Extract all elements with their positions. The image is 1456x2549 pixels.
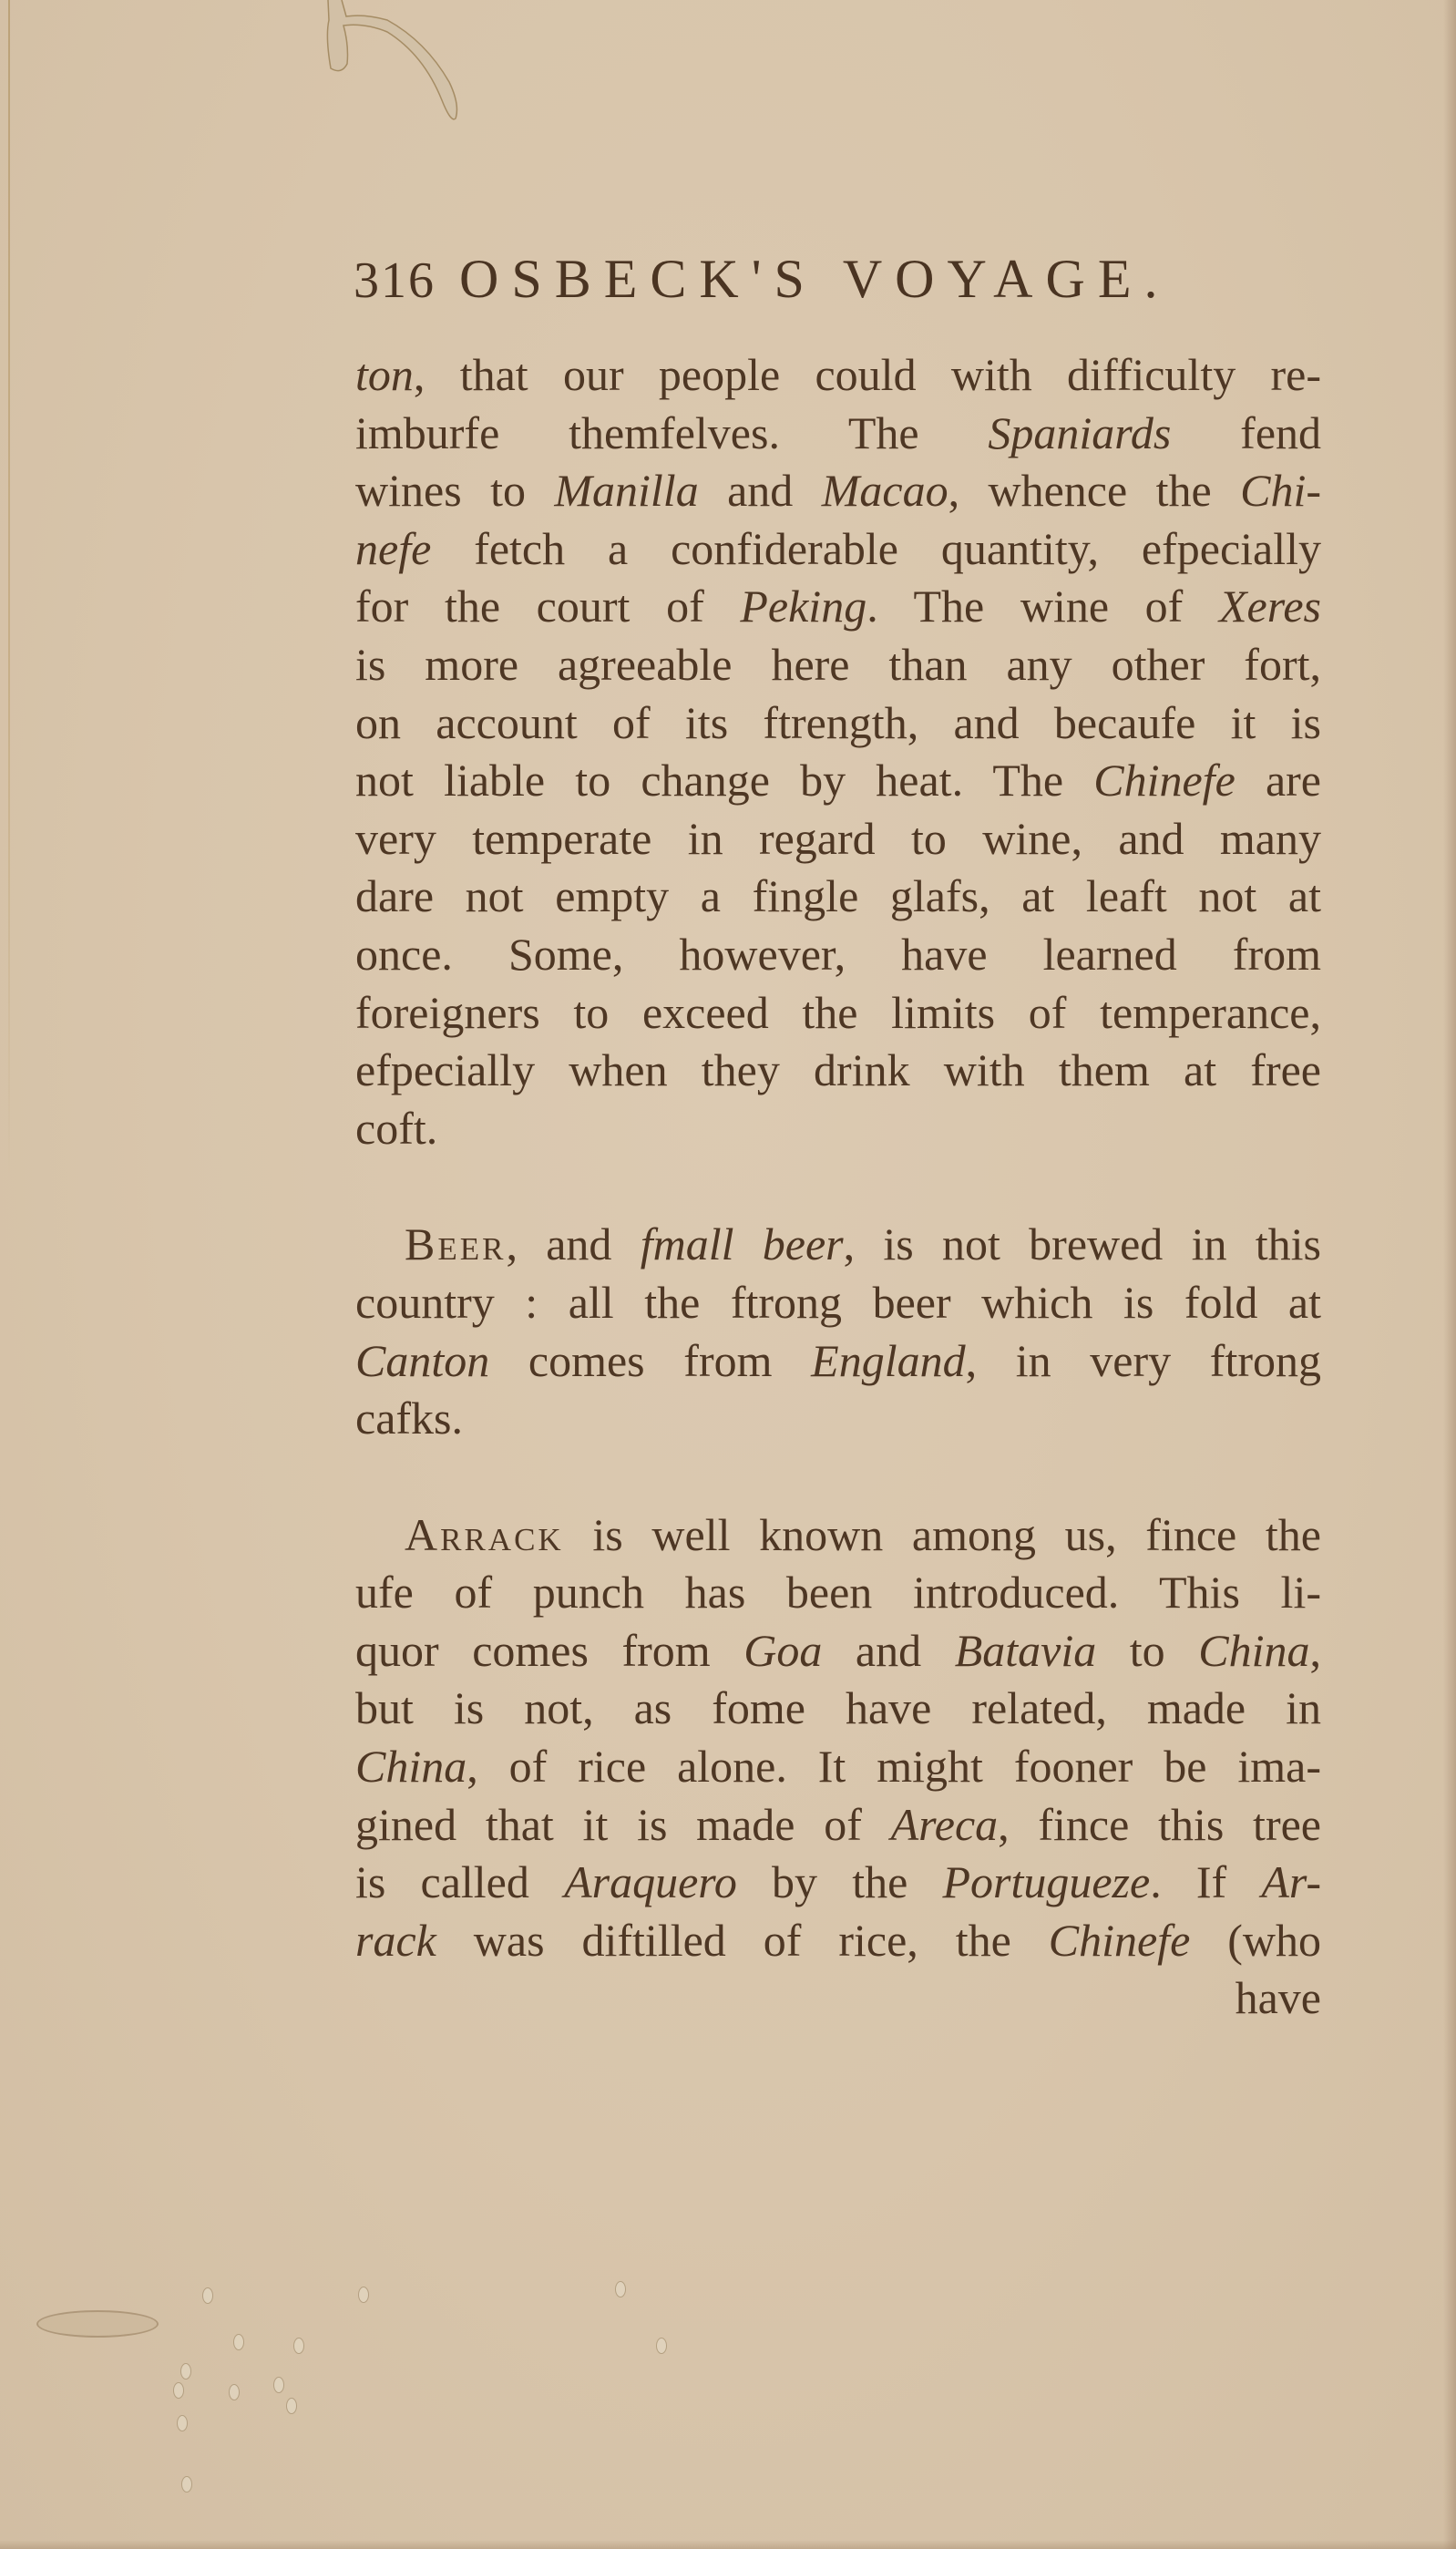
page-edge-shadow — [1443, 0, 1456, 2549]
text-line: Beer, and fmall beer, is not brewed in t… — [355, 1216, 1321, 1274]
text-line: ufe of punch has been introduced. This l… — [355, 1564, 1321, 1622]
text-line: wines to Manilla and Macao, whence the C… — [355, 462, 1321, 520]
paper-tear-mark — [36, 2310, 159, 2338]
wormhole-icon — [273, 2377, 284, 2393]
text-line: once. Some, however, have learned from — [355, 926, 1321, 984]
text-line: for the court of Peking. The wine of Xer… — [355, 578, 1321, 636]
text-line: Canton comes from England, in very ftron… — [355, 1332, 1321, 1391]
page-bottom-shadow — [0, 2540, 1456, 2549]
running-title: OSBECK'S VOYAGE. — [459, 249, 1170, 309]
text-line: ton, that our people could with difficul… — [355, 346, 1321, 405]
wormhole-icon — [181, 2476, 192, 2492]
text-line: efpecially when they drink with them at … — [355, 1042, 1321, 1100]
text-line: is called Araquero by the Portugueze. If… — [355, 1854, 1321, 1912]
wormhole-icon — [656, 2338, 667, 2354]
text-line: on account of its ftrength, and becaufe … — [355, 694, 1321, 753]
text-line: quor comes from Goa and Batavia to China… — [355, 1622, 1321, 1680]
text-line: imburfe themfelves. The Spaniards fend — [355, 405, 1321, 463]
text-line: is more agreeable here than any other fo… — [355, 636, 1321, 694]
text-line: rack was diftilled of rice, the Chinefe … — [355, 1912, 1321, 1970]
text-line: nefe fetch a confiderable quantity, efpe… — [355, 520, 1321, 579]
text-line: Arrack is well known among us, fince the — [355, 1506, 1321, 1565]
wormhole-icon — [286, 2398, 297, 2414]
text-line: coft. — [355, 1100, 1321, 1158]
text-line: country : all the ftrong beer which is f… — [355, 1274, 1321, 1332]
wormhole-icon — [293, 2338, 304, 2354]
paragraph-beer: Beer, and fmall beer, is not brewed in t… — [355, 1216, 1321, 1447]
text-line: dare not empty a fingle glafs, at leaft … — [355, 868, 1321, 926]
wormhole-icon — [358, 2287, 369, 2303]
text-line: China, of rice alone. It might fooner be… — [355, 1738, 1321, 1796]
body-text: ton, that our people could with difficul… — [355, 346, 1321, 2028]
catchword: have — [355, 1969, 1321, 2028]
text-line: foreigners to exceed the limits of tempe… — [355, 984, 1321, 1043]
wormhole-icon — [180, 2363, 191, 2379]
wormhole-icon — [173, 2382, 184, 2399]
text-line: not liable to change by heat. The Chinef… — [355, 752, 1321, 810]
page-number: 316 — [354, 252, 436, 309]
wormhole-icon — [229, 2384, 240, 2400]
paragraph-wine: ton, that our people could with difficul… — [355, 346, 1321, 1157]
text-line: gined that it is made of Areca, fince th… — [355, 1796, 1321, 1855]
wormhole-icon — [233, 2334, 244, 2350]
book-page: 316OSBECK'S VOYAGE. ton, that our people… — [0, 0, 1456, 2549]
running-header: 316OSBECK'S VOYAGE. — [354, 248, 1319, 311]
paragraph-arrack: Arrack is well known among us, fince the… — [355, 1506, 1321, 2028]
text-line: very temperate in regard to wine, and ma… — [355, 810, 1321, 869]
paper-crease-mark-icon — [323, 0, 469, 128]
wormhole-icon — [615, 2281, 626, 2297]
wormhole-icon — [202, 2287, 213, 2304]
text-line: cafks. — [355, 1390, 1321, 1448]
binding-edge — [8, 0, 10, 1185]
text-line: but is not, as fome have related, made i… — [355, 1680, 1321, 1738]
wormhole-icon — [177, 2415, 188, 2431]
